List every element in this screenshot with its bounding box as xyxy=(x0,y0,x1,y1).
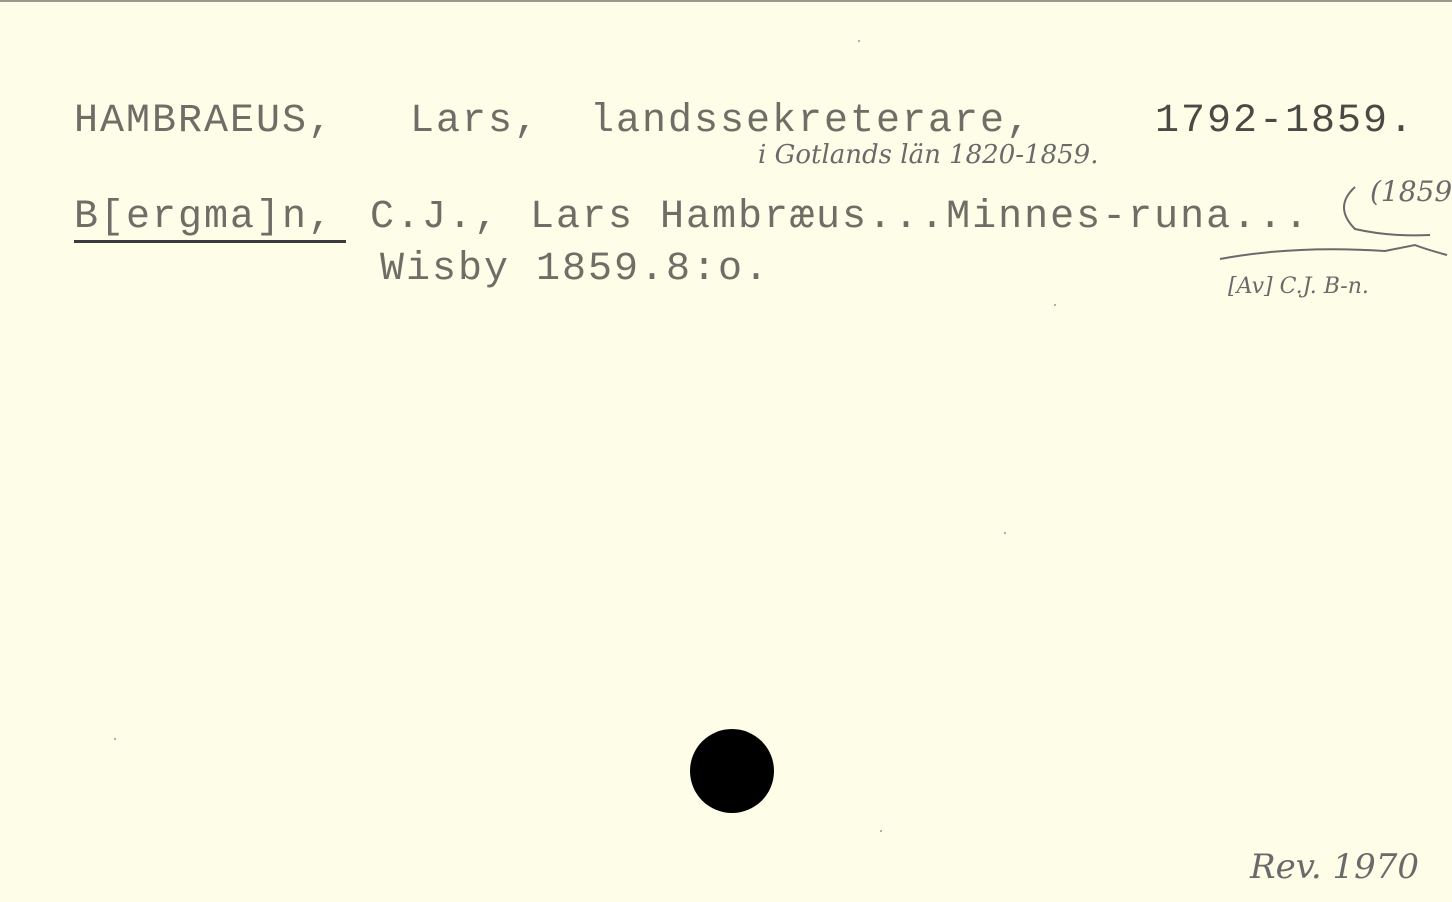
speck xyxy=(1054,304,1056,306)
heading-forename: Lars, xyxy=(410,102,540,142)
entry-author: B[ergma]n, xyxy=(74,198,334,238)
heading-surname: HAMBRAEUS, xyxy=(74,102,334,142)
entry-title: Lars Hambræus...Minnes-runa... xyxy=(530,198,1310,238)
entry-initials: C.J., xyxy=(370,198,500,238)
catalog-card: HAMBRAEUS, Lars, landssekreterare, 1792-… xyxy=(0,0,1452,902)
handwritten-note-tenure: i Gotlands län 1820-1859. xyxy=(758,142,1098,168)
speck xyxy=(858,40,860,42)
punch-hole xyxy=(690,729,774,813)
heading-title: landssekreterare, xyxy=(590,102,1032,142)
author-underline xyxy=(74,240,346,243)
handwritten-attribution: [Av] C.J. B-n. xyxy=(1228,276,1369,298)
entry-imprint: Wisby 1859.8:o. xyxy=(380,250,770,290)
speck xyxy=(1004,532,1006,534)
bracket-curve-icon xyxy=(1215,167,1452,267)
heading-years: 1792-1859. xyxy=(1155,102,1415,142)
revision-note: Rev. 1970 xyxy=(1250,850,1419,884)
speck xyxy=(880,830,882,832)
speck xyxy=(114,738,116,740)
